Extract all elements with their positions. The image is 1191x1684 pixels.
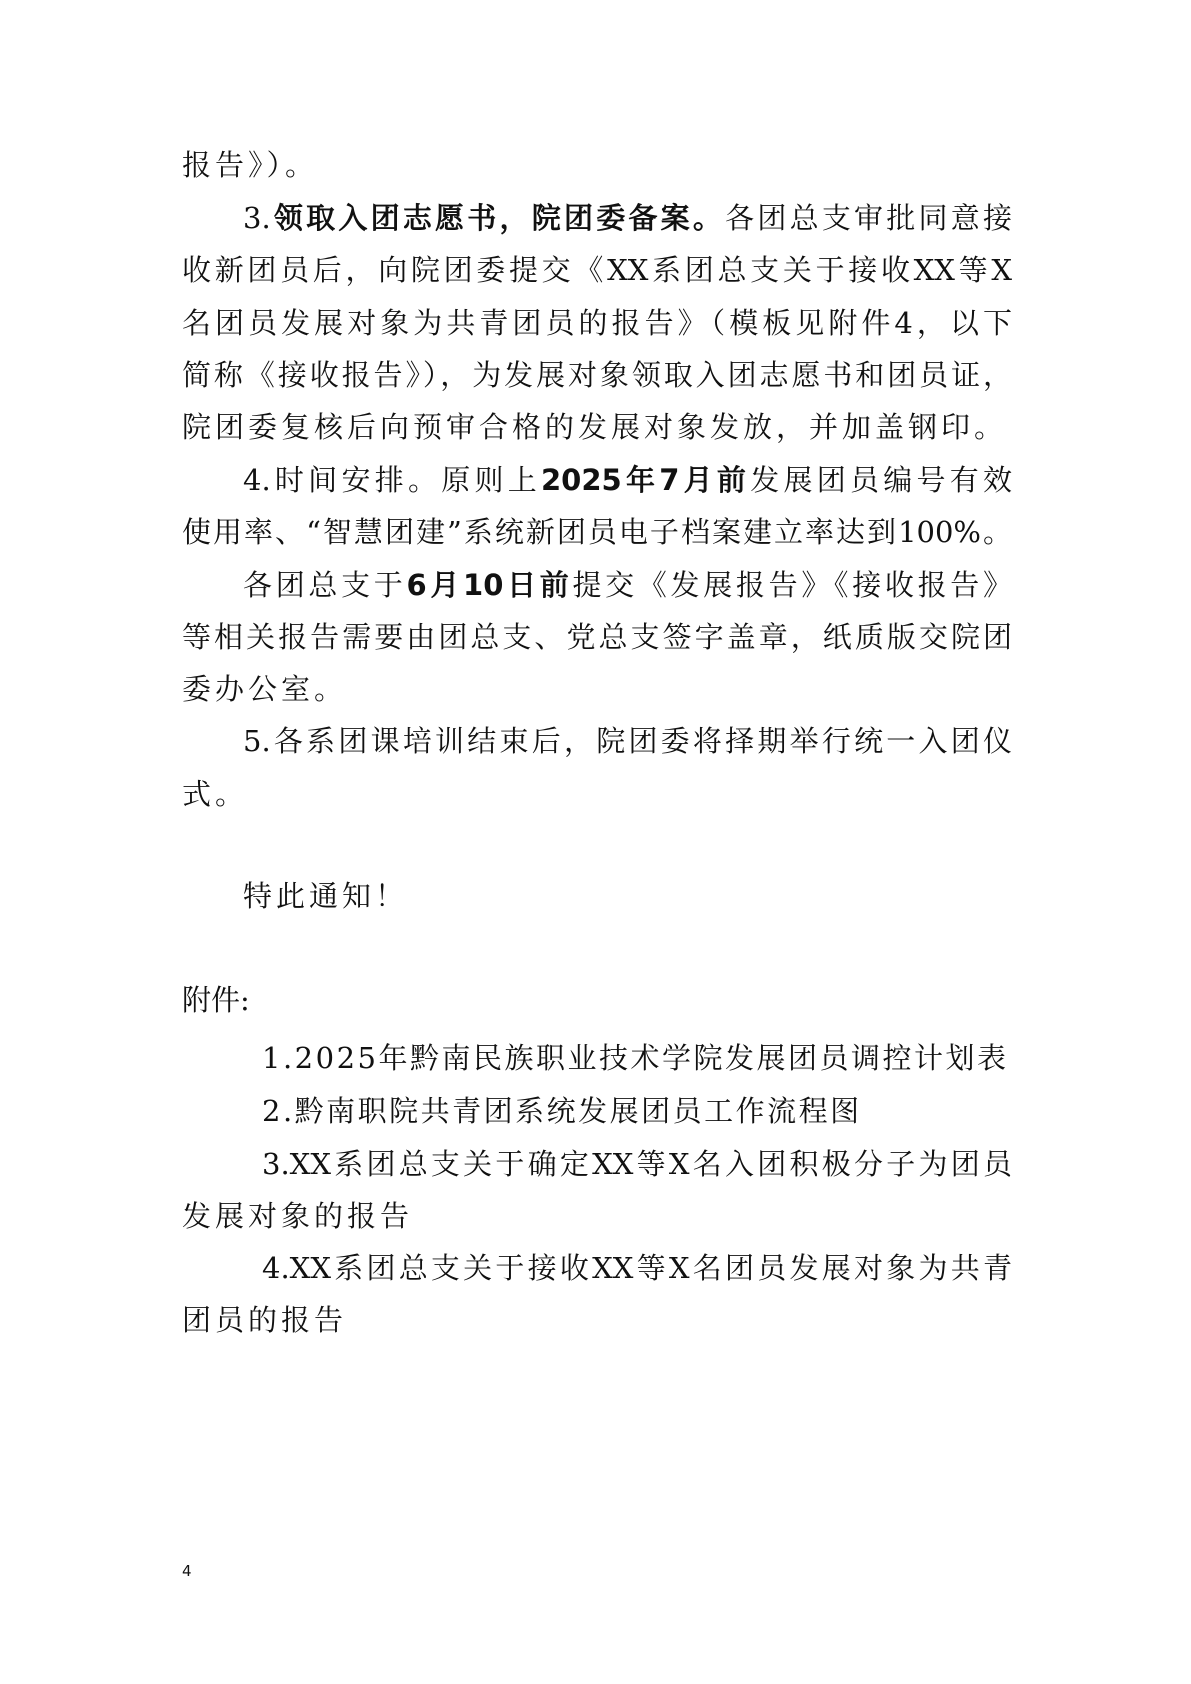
paragraph-line: 委办公室。 [182, 669, 1012, 709]
paragraph-deadline: 各团总支于6月10日前提交《发展报告》《接收报告》 [243, 565, 1012, 605]
item-text: 各团总支审批同意接 [725, 201, 1012, 235]
item-text: 提交《发展报告》《接收报告》 [572, 568, 1012, 602]
deadline-bold: 2025年7月前 [541, 463, 750, 497]
attachment-item-4-continued: 团员的报告 [182, 1300, 1012, 1340]
attachments-heading: 附件: [182, 980, 1012, 1020]
paragraph-line: 使用率、“智慧团建”系统新团员电子档案建立率达到100%。 [182, 512, 1012, 552]
closing-text: 特此通知！ [243, 876, 1012, 916]
paragraph-line: 名团员发展对象为共青团员的报告》（模板见附件4，以下 [182, 303, 1012, 343]
item-text: 各团总支于 [243, 568, 406, 602]
attachment-item-2: 2.黔南职院共青团系统发展团员工作流程图 [262, 1091, 1012, 1131]
paragraph-line: 简称《接收报告》），为发展对象领取入团志愿书和团员证， [182, 355, 1012, 395]
paragraph-line: 式。 [182, 774, 1012, 814]
paragraph-line: 报告》）。 [182, 145, 1012, 185]
paragraph-line: 收新团员后，向院团委提交《XX系团总支关于接收XX等X [182, 250, 1012, 290]
attachment-item-1: 1.2025年黔南民族职业技术学院发展团员调控计划表 [262, 1038, 1012, 1078]
attachment-item-3-continued: 发展对象的报告 [182, 1196, 1012, 1236]
item-number: 3. [243, 201, 271, 235]
attachment-item-4: 4.XX系团总支关于接收XX等X名团员发展对象为共青 [262, 1248, 1012, 1288]
paragraph-item-4-title: 4.时间安排。原则上2025年7月前发展团员编号有效 [243, 460, 1012, 500]
page-number: 4 [182, 1562, 192, 1580]
paragraph-line: 等相关报告需要由团总支、党总支签字盖章，纸质版交院团 [182, 617, 1012, 657]
paragraph-item-5: 5.各系团课培训结束后，院团委将择期举行统一入团仪 [243, 721, 1012, 761]
attachment-item-3: 3.XX系团总支关于确定XX等X名入团积极分子为团员 [262, 1144, 1012, 1184]
item-text: 发展团员编号有效 [750, 463, 1012, 497]
document-page: 报告》）。 3.领取入团志愿书，院团委备案。各团总支审批同意接 收新团员后，向院… [0, 0, 1191, 1684]
deadline-bold: 6月10日前 [406, 568, 572, 602]
paragraph-item-3-title: 3.领取入团志愿书，院团委备案。各团总支审批同意接 [243, 198, 1012, 238]
item-bold-heading: 领取入团志愿书，院团委备案。 [271, 201, 725, 235]
item-text: 4.时间安排。原则上 [243, 463, 541, 497]
paragraph-line: 院团委复核后向预审合格的发展对象发放，并加盖钢印。 [182, 407, 1012, 447]
